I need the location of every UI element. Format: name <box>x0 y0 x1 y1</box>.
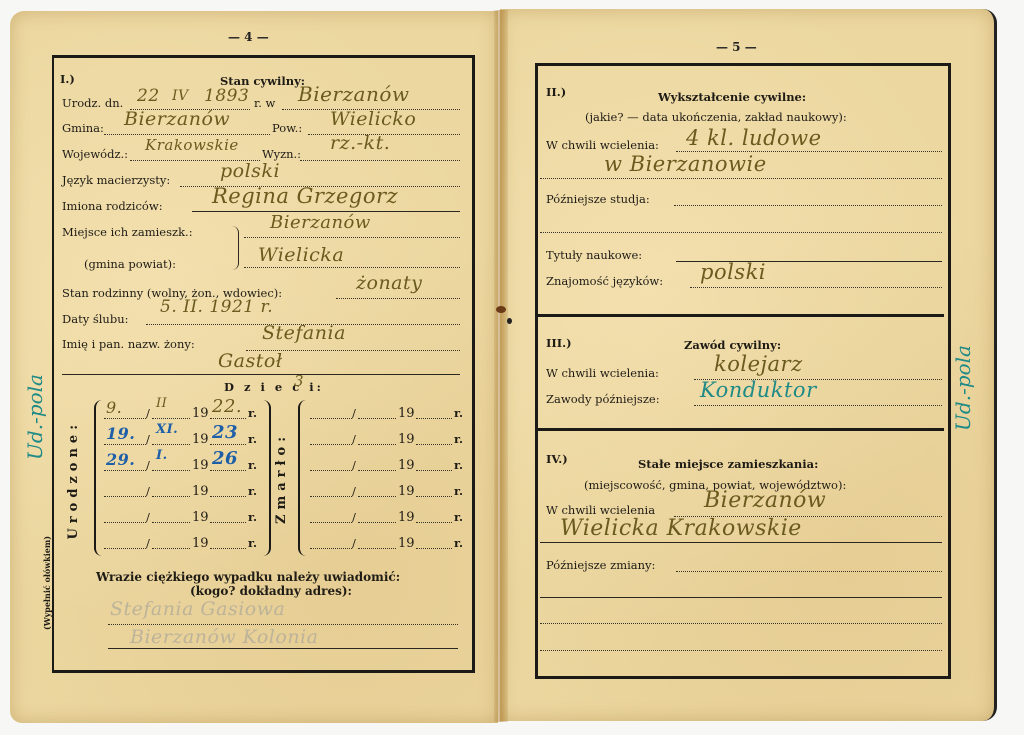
rust-stain <box>496 306 506 313</box>
year-prefix: 19 <box>192 406 209 421</box>
year-suffix: r. <box>454 458 463 472</box>
birth-date-label: Urodz. dn. <box>62 96 123 110</box>
dotted-line <box>310 522 352 523</box>
born-label: Urodzone: <box>66 420 81 540</box>
year-prefix: 19 <box>192 458 209 473</box>
died-date-row: /19r. <box>306 454 466 474</box>
section-divider <box>538 314 944 317</box>
year-suffix: r. <box>248 484 257 498</box>
residence-line1: Bierzanów <box>704 488 826 513</box>
powiat-label: Pow.: <box>272 121 302 135</box>
dotted-line <box>358 470 396 471</box>
wedding-date-value: 5. II. 1921 r. <box>160 297 273 317</box>
fill-in-pencil-note: (Wypełnić ołówkiem) <box>42 536 52 630</box>
birth-month: IV <box>172 88 189 104</box>
academic-titles-label: Tytuły naukowe: <box>546 248 642 262</box>
gmina-value: Bierzanów <box>124 108 230 130</box>
born-date-row: /19r.29.I.26 <box>100 454 260 474</box>
dotted-line <box>210 548 246 549</box>
later-professions-value: Konduktor <box>700 378 817 402</box>
education-enlistment-line2: w Bierzanowie <box>604 152 767 176</box>
wyznanie-label: Wyzn.: <box>262 147 301 161</box>
born-date-row: /19r. <box>100 480 260 500</box>
dotted-line <box>416 470 452 471</box>
emergency-subtitle: (kogo? dokładny adres): <box>190 584 352 598</box>
solid-line <box>62 374 460 375</box>
child-day: 29. <box>106 450 135 469</box>
dotted-line <box>104 418 146 419</box>
born-date-row: /19r. <box>100 532 260 552</box>
parents-residence-label: Miejsce ich zamieszk.: <box>62 225 193 239</box>
powiat-value: Wielicko <box>330 108 416 130</box>
emergency-title: Wrazie ciężkiego wypadku należy uwiadomi… <box>96 570 400 584</box>
dotted-line <box>104 444 146 445</box>
child-month: II <box>156 396 167 411</box>
year-suffix: r. <box>454 432 463 446</box>
dotted-line <box>416 522 452 523</box>
year-prefix: 19 <box>398 484 415 499</box>
page-number-left: — 4 — <box>228 30 269 44</box>
dotted-line <box>416 548 452 549</box>
brace <box>232 226 239 270</box>
brace-right <box>263 400 271 556</box>
date-slash: / <box>146 432 150 446</box>
mother-tongue-value: polski <box>220 160 280 182</box>
parents-residence-sublabel: (gmina powiat): <box>84 257 176 271</box>
year-suffix: r. <box>454 510 463 524</box>
died-date-row: /19r. <box>306 480 466 500</box>
dotted-line <box>540 650 942 651</box>
dotted-line <box>690 287 942 288</box>
ink-spot <box>507 318 512 324</box>
child-day: 19. <box>106 424 135 443</box>
dotted-line <box>416 418 452 419</box>
year-suffix: r. <box>454 484 463 498</box>
date-slash: / <box>352 432 356 446</box>
section-numeral-IV: IV.) <box>546 452 568 466</box>
parents-names-label: Imiona rodziców: <box>62 199 163 213</box>
dotted-line <box>210 444 246 445</box>
year-prefix: 19 <box>398 432 415 447</box>
dotted-line <box>540 178 942 179</box>
year-suffix: r. <box>248 536 257 550</box>
later-changes-label: Późniejsze zmiany: <box>546 558 655 572</box>
wife-first-name: Stefania <box>262 322 346 344</box>
year-prefix: 19 <box>192 536 209 551</box>
dotted-line <box>358 522 396 523</box>
dotted-line <box>152 548 190 549</box>
education-title: Wykształcenie cywilne: <box>658 90 806 104</box>
year-prefix: 19 <box>398 406 415 421</box>
profession-enlistment-value: kolejarz <box>714 352 803 376</box>
dotted-line <box>694 405 942 406</box>
died-date-row: /19r. <box>306 506 466 526</box>
year-suffix: r. <box>454 536 463 550</box>
died-date-row: /19r. <box>306 428 466 448</box>
dotted-line <box>540 623 942 624</box>
dotted-line <box>104 470 146 471</box>
year-suffix: r. <box>248 432 257 446</box>
dotted-line <box>152 418 190 419</box>
birth-place-label: r. w <box>254 96 275 110</box>
emergency-contact-address: Bierzanów Kolonia <box>130 626 318 648</box>
date-slash: / <box>352 406 356 420</box>
dotted-line <box>152 444 190 445</box>
dotted-line <box>104 548 146 549</box>
dotted-line <box>310 444 352 445</box>
dotted-line <box>676 571 942 572</box>
later-studies-label: Późniejsze studja: <box>546 192 650 206</box>
education-enlistment-label: W chwili wcielenia: <box>546 138 659 152</box>
child-month: I. <box>156 448 168 463</box>
born-date-row: /19r.9.II22. <box>100 402 260 422</box>
year-suffix: r. <box>248 458 257 472</box>
parents-gmina-value: Bierzanów <box>270 212 371 233</box>
education-subtitle: (jakie? — data ukończenia, zakład naukow… <box>585 110 847 124</box>
profession-title: Zawód cywilny: <box>684 338 781 352</box>
wojewodztwo-label: Wojewódz.: <box>62 147 128 161</box>
mother-tongue-label: Język macierzysty: <box>62 173 170 187</box>
child-year: 26 <box>212 448 238 469</box>
child-day: 9. <box>106 398 122 417</box>
dotted-line <box>416 444 452 445</box>
dotted-line <box>300 160 460 161</box>
wojewodztwo-value: Krakowskie <box>145 136 239 154</box>
wedding-date-label: Daty ślubu: <box>62 312 128 326</box>
parents-powiat-value: Wielicka <box>258 244 344 266</box>
date-slash: / <box>352 484 356 498</box>
dotted-line <box>152 470 190 471</box>
solid-line <box>540 597 942 598</box>
children-count: 3 <box>294 372 304 390</box>
dotted-line <box>210 522 246 523</box>
gmina-label: Gmina: <box>62 121 104 135</box>
education-enlistment-line1: 4 kl. ludowe <box>686 126 822 150</box>
dotted-line <box>210 496 246 497</box>
dotted-line <box>358 548 396 549</box>
later-professions-label: Zawody późniejsze: <box>546 392 660 406</box>
dotted-line <box>674 205 942 206</box>
right-margin-annotation: Ud.-pola <box>951 345 975 431</box>
languages-label: Znajomość języków: <box>546 274 663 288</box>
date-slash: / <box>146 484 150 498</box>
died-date-row: /19r. <box>306 402 466 422</box>
year-suffix: r. <box>248 406 257 420</box>
child-month: XI. <box>156 422 178 437</box>
dotted-line <box>104 522 146 523</box>
dotted-line <box>210 470 246 471</box>
brace-left <box>298 400 306 556</box>
dotted-line <box>310 548 352 549</box>
year-prefix: 19 <box>398 510 415 525</box>
dotted-line <box>244 267 460 268</box>
wife-maiden-name: Gastoł <box>218 350 283 372</box>
dotted-line <box>310 496 352 497</box>
book-spine <box>494 10 508 722</box>
dotted-line <box>336 298 460 299</box>
dotted-line <box>152 496 190 497</box>
date-slash: / <box>146 458 150 472</box>
date-slash: / <box>146 406 150 420</box>
languages-value: polski <box>700 260 766 284</box>
dotted-line <box>416 496 452 497</box>
dotted-line <box>210 418 246 419</box>
solid-line <box>108 648 458 649</box>
left-margin-annotation: Ud.-pola <box>23 374 47 460</box>
dotted-line <box>244 237 460 238</box>
dotted-line <box>358 444 396 445</box>
dotted-line <box>310 418 352 419</box>
dotted-line <box>358 418 396 419</box>
dotted-line <box>540 232 942 233</box>
year-suffix: r. <box>248 510 257 524</box>
wife-name-label: Imię i pan. nazw. żony: <box>62 337 195 351</box>
residence-title: Stałe miejsce zamieszkania: <box>638 457 818 471</box>
year-prefix: 19 <box>192 432 209 447</box>
birth-year: 1893 <box>204 86 249 106</box>
dotted-line <box>152 522 190 523</box>
residence-enlistment-label: W chwili wcielenia <box>546 503 655 517</box>
born-date-row: /19r.19.XI.23 <box>100 428 260 448</box>
emergency-contact-name: Stefania Gasiowa <box>110 598 285 620</box>
year-prefix: 19 <box>398 536 415 551</box>
residence-line2: Wielicka Krakowskie <box>560 516 802 541</box>
parents-names-value: Regina Grzegorz <box>212 184 398 208</box>
wyznanie-value: rz.-kt. <box>330 132 390 154</box>
profession-enlistment-label: W chwili wcielenia: <box>546 366 659 380</box>
died-label: Zmarło: <box>274 432 289 524</box>
year-prefix: 19 <box>398 458 415 473</box>
date-slash: / <box>146 510 150 524</box>
date-slash: / <box>352 458 356 472</box>
year-suffix: r. <box>454 406 463 420</box>
date-slash: / <box>146 536 150 550</box>
date-slash: / <box>352 510 356 524</box>
born-date-row: /19r. <box>100 506 260 526</box>
children-title: D z i e c i: <box>224 380 324 394</box>
page-number-right: — 5 — <box>716 40 757 54</box>
birth-place: Bierzanów <box>298 82 410 106</box>
died-date-row: /19r. <box>306 532 466 552</box>
child-year: 23 <box>212 422 238 443</box>
child-year: 22. <box>212 396 242 417</box>
dotted-line <box>104 134 270 135</box>
year-prefix: 19 <box>192 510 209 525</box>
section-numeral-I: I.) <box>60 72 75 86</box>
date-slash: / <box>352 536 356 550</box>
section-divider <box>538 428 944 431</box>
year-prefix: 19 <box>192 484 209 499</box>
section-numeral-II: II.) <box>546 85 566 99</box>
dotted-line <box>104 496 146 497</box>
marital-status-value: żonaty <box>356 272 422 294</box>
solid-line <box>540 542 942 543</box>
dotted-line <box>310 470 352 471</box>
section-numeral-III: III.) <box>546 336 572 350</box>
dotted-line <box>358 496 396 497</box>
birth-day: 22 <box>137 86 160 106</box>
dotted-line <box>108 624 458 625</box>
